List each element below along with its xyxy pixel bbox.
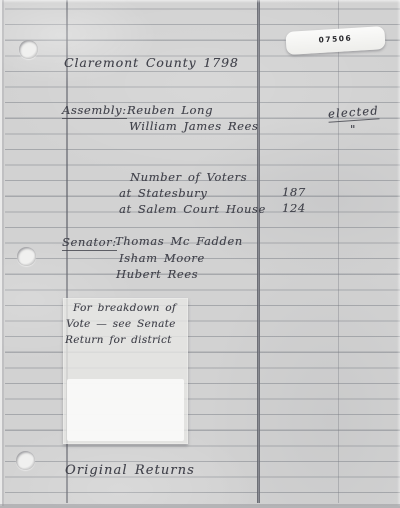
page-edge-top [0,0,400,3]
note-blank-area [67,379,184,441]
punch-hole-top [19,40,38,59]
voters-heading: Number of Voters [130,170,247,184]
senator-name: Hubert Rees [116,267,198,281]
assembly-member-name: Reuben Long [127,103,213,117]
scanned-ledger-page: Claremont County 1798 Assembly: Reuben L… [0,0,400,508]
note-line: Return for district [65,334,172,346]
senator-name: Thomas Mc Fadden [115,234,243,248]
page-edge-left [0,0,6,508]
note-line: Vote — see Senate [66,318,176,330]
page-title: Claremont County 1798 [64,55,239,70]
ditto-mark: " [350,122,356,136]
paper-note: For breakdown of Vote — see Senate Retur… [63,298,188,444]
ledger-divider-line [257,0,260,503]
amount-column-line [338,0,339,503]
voters-count: 124 [282,201,306,215]
senator-label: Senator: [62,235,117,251]
barcode-number: 07506 [318,33,352,44]
voters-place: at Statesbury [119,186,207,200]
note-line: For breakdown of [73,302,176,314]
voters-count: 187 [282,185,306,199]
page-edge-bottom [0,502,400,508]
punch-hole-bottom [16,451,35,470]
senator-name: Isham Moore [119,251,205,265]
footer-original-returns: Original Returns [65,463,195,478]
voters-place: at Salem Court House [119,202,266,216]
punch-hole-middle [17,247,36,266]
assembly-label: Assembly: [62,103,127,119]
assembly-member-name: William James Rees [129,119,258,133]
